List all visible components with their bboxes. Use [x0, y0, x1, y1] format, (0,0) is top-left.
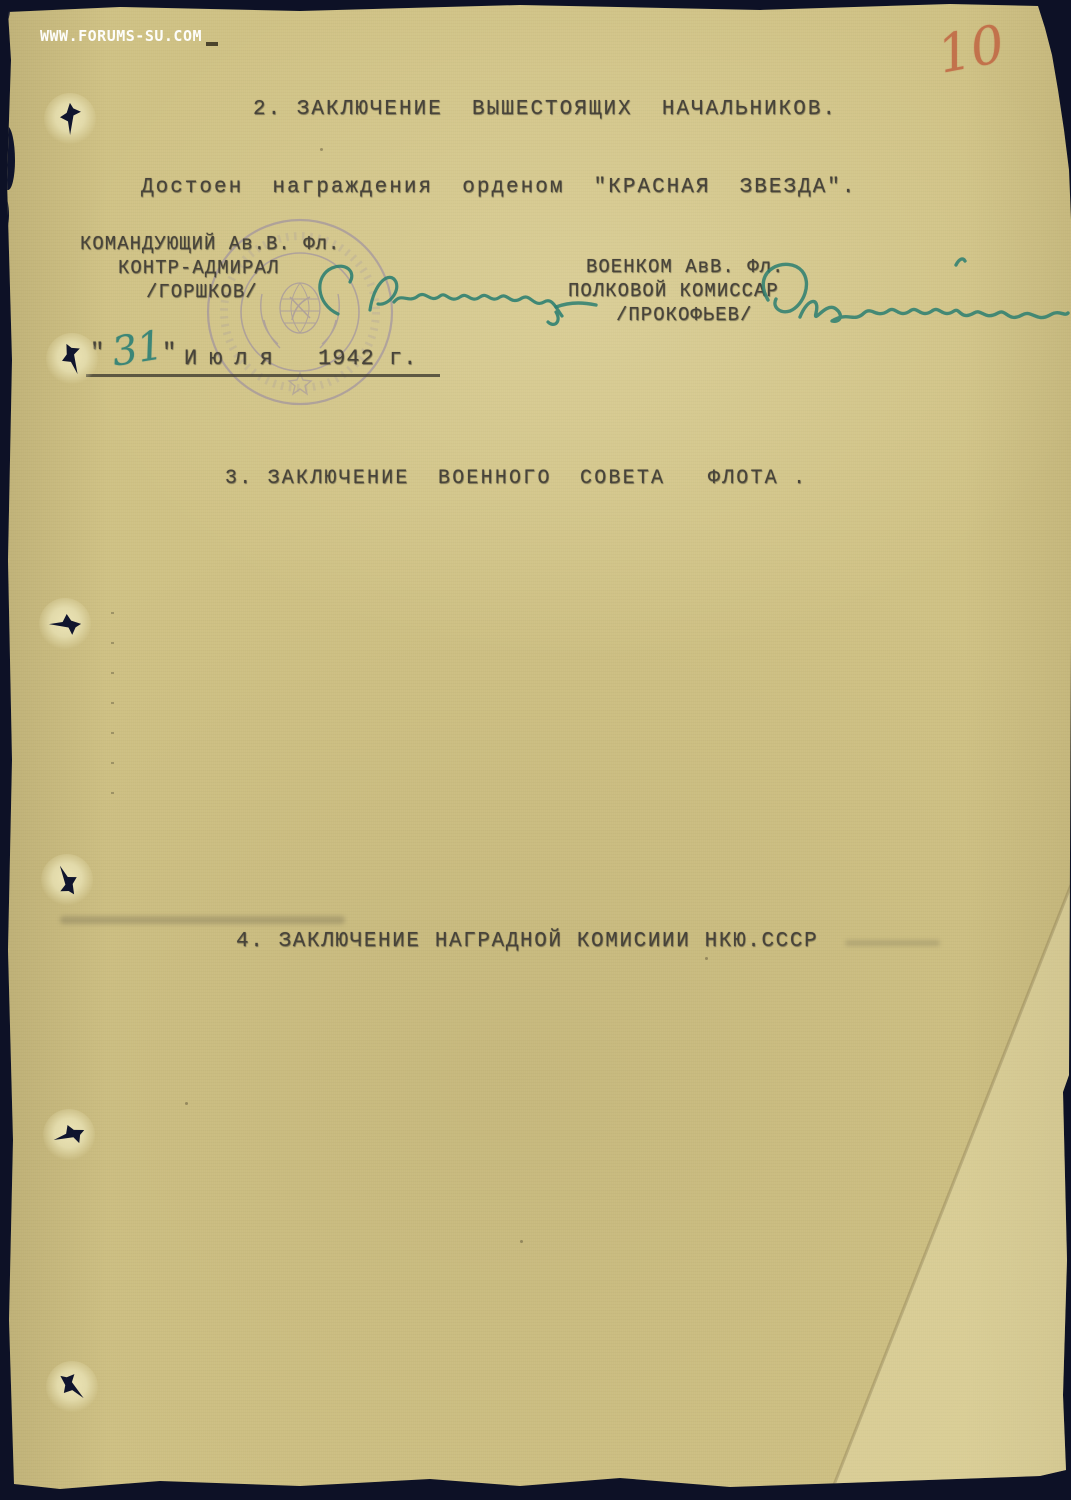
edge-stain	[0, 0, 10, 26]
gorshkov-signature	[298, 252, 568, 337]
punch-hole	[41, 854, 93, 906]
scanned-award-document: 2. ЗАКЛЮЧЕНИЕ ВЫШЕСТОЯЩИХ НАЧАЛЬНИКОВ. Д…	[0, 0, 1071, 1500]
paper-speck	[520, 1240, 523, 1243]
fold-crease	[0, 0, 1071, 1500]
punch-hole	[39, 598, 91, 650]
date-year: 1942 г.	[318, 346, 417, 371]
watermark-text: WWW.FORUMS-SU.COM	[40, 27, 202, 45]
paper-speck	[320, 148, 323, 151]
punch-hole	[46, 1361, 98, 1413]
section-4-heading: 4. ЗАКЛЮЧЕНИЕ НАГРАДНОЙ КОМИСИИИ НКЮ.ССС…	[236, 930, 818, 953]
handwritten-page-number: 10	[933, 14, 1009, 86]
date-open-quote: "	[90, 340, 104, 367]
watermark-dash	[206, 42, 218, 46]
date-underline	[86, 374, 440, 377]
section-3-heading: 3. ЗАКЛЮЧЕНИЕ ВОЕННОГО СОВЕТА ФЛОТА .	[225, 467, 807, 490]
pencil-smudge	[845, 940, 940, 946]
commissar-name: /ПРОКОФЬЕВ/	[616, 304, 752, 326]
handwritten-day: 31	[109, 322, 166, 375]
commissar-title-line-2: ПОЛКОВОЙ КОМИССАР	[568, 280, 779, 302]
award-conclusion-line: Достоен награждения орденом "КРАСНАЯ ЗВЕ…	[141, 176, 857, 199]
paper-sheet: 2. ЗАКЛЮЧЕНИЕ ВЫШЕСТОЯЩИХ НАЧАЛЬНИКОВ. Д…	[0, 0, 1071, 1500]
commander-title-line-1: КОМАНДУЮЩИЙ Ав.В. Фл.	[80, 233, 340, 255]
punch-hole	[43, 1109, 95, 1161]
date-close-quote: "	[162, 340, 176, 367]
paper-speck	[705, 957, 708, 960]
pencil-smudge	[60, 916, 345, 924]
commissar-title-line-1: ВОЕНКОМ АвВ. Фл.	[586, 256, 784, 278]
edge-stain	[0, 1438, 9, 1493]
edge-stain	[0, 196, 9, 232]
paper-speck	[185, 1102, 188, 1105]
commander-name: /ГОРШКОВ/	[146, 281, 258, 303]
stitch-marks	[111, 612, 114, 822]
edge-stain	[0, 126, 15, 190]
section-2-heading: 2. ЗАКЛЮЧЕНИЕ ВЫШЕСТОЯЩИХ НАЧАЛЬНИКОВ.	[253, 98, 837, 121]
punch-hole	[44, 93, 96, 145]
date-month: Июля	[184, 346, 285, 371]
commander-title-line-2: КОНТР-АДМИРАЛ	[118, 257, 279, 279]
